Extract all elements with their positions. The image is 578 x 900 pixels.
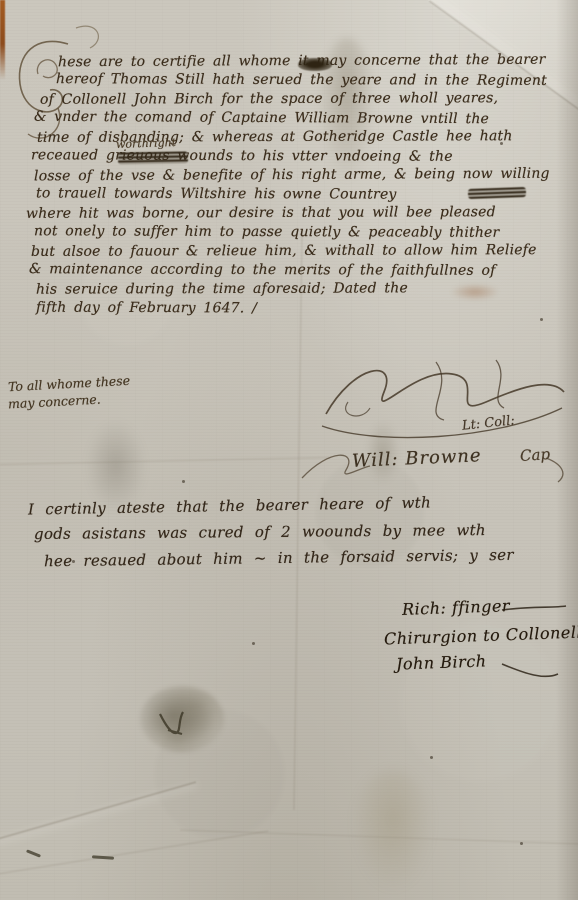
manuscript-photo: hese are to certifie all whome it may co… [0,0,578,900]
text-line: where hit was borne, our desire is that … [26,204,496,222]
stain-mark [152,700,202,746]
text-line: of Collonell John Birch for the space of… [40,90,498,108]
text-line: receaued grieuous wounds to his vtter vn… [31,147,453,164]
stain [352,770,434,892]
faded-ink-smudge [452,284,498,300]
speck [540,318,543,321]
surgeon-name: Rich: ffinger [402,596,511,619]
text-line: but alsoe to fauour & relieue him, & wit… [31,242,537,260]
speck [520,842,523,845]
speck [252,642,255,645]
speck [182,480,185,483]
captain-signature-flourish [300,440,570,490]
text-line: time of disbanding; & whereas at Gotheri… [37,128,513,146]
strikethrough-scribble [118,151,188,164]
lt-coll-signature-flourish [318,352,570,444]
ink-blot-deletion [298,58,332,71]
text-line: & maintenance according to the merits of… [29,261,496,279]
text-line: not onely to suffer him to passe quietly… [34,223,500,241]
strikethrough-scribble [468,187,526,199]
text-line: & vnder the comand of Captaine William B… [34,109,489,127]
surgeon-colonel-name: John Birch [396,651,487,673]
text-line: fifth day of February 1647. / [36,300,257,317]
speck [430,756,433,759]
surgeon-signature-flourish [500,604,570,684]
text-line: to trauell towards Wiltshire his owne Co… [36,185,397,202]
interlinear-insertion: worthright [116,136,177,151]
text-line: hereof Thomas Still hath serued the year… [56,71,547,89]
text-line: his seruice during the time aforesaid; D… [36,280,408,297]
text-line: losse of the vse & benefite of his right… [34,166,550,185]
